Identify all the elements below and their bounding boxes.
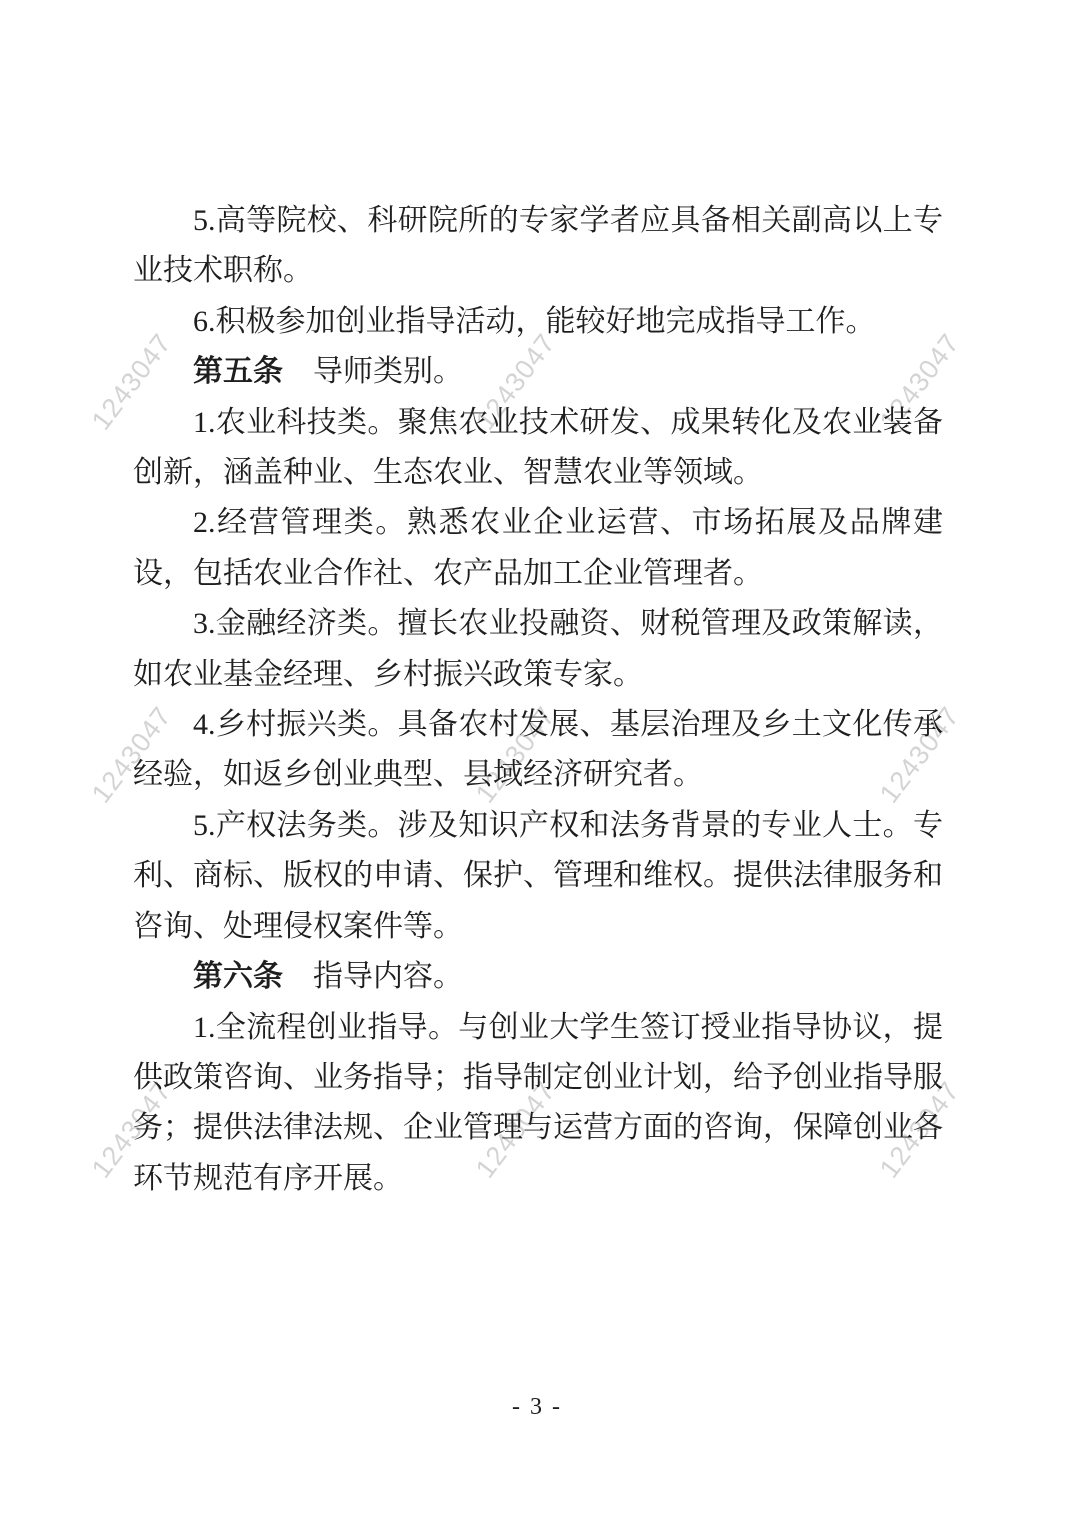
article-title: 指导内容。 — [283, 960, 463, 993]
article-number: 第五条 — [193, 355, 283, 388]
paragraph-category-5: 5.产权法务类。涉及知识产权和法务背景的专业人士。专利、商标、版权的申请、保护、… — [133, 801, 943, 952]
paragraph-text: 2.经营管理类。熟悉农业企业运营、市场拓展及品牌建设，包括农业合作社、农产品加工… — [133, 506, 943, 589]
article-heading-6: 第六条 指导内容。 — [133, 952, 943, 1002]
document-body: 5.高等院校、科研院所的专家学者应具备相关副高以上专业技术职称。 6.积极参加创… — [133, 196, 943, 1204]
page-number: - 3 - — [0, 1394, 1074, 1421]
article-title: 导师类别。 — [283, 355, 463, 388]
paragraph-text: 5.产权法务类。涉及知识产权和法务背景的专业人士。专利、商标、版权的申请、保护、… — [133, 809, 943, 943]
paragraph-category-2: 2.经营管理类。熟悉农业企业运营、市场拓展及品牌建设，包括农业合作社、农产品加工… — [133, 498, 943, 599]
paragraph-category-1: 1.农业科技类。聚焦农业技术研发、成果转化及农业装备创新，涵盖种业、生态农业、智… — [133, 398, 943, 499]
paragraph-item-5-qualification: 5.高等院校、科研院所的专家学者应具备相关副高以上专业技术职称。 — [133, 196, 943, 297]
article-number: 第六条 — [193, 960, 283, 993]
paragraph-text: 1.全流程创业指导。与创业大学生签订授业指导协议，提供政策咨询、业务指导；指导制… — [133, 1011, 943, 1195]
paragraph-text: 4.乡村振兴类。具备农村发展、基层治理及乡土文化传承经验，如返乡创业典型、县域经… — [133, 708, 943, 791]
paragraph-text: 5.高等院校、科研院所的专家学者应具备相关副高以上专业技术职称。 — [133, 204, 943, 287]
paragraph-content-1: 1.全流程创业指导。与创业大学生签订授业指导协议，提供政策咨询、业务指导；指导制… — [133, 1003, 943, 1205]
article-heading-5: 第五条 导师类别。 — [133, 347, 943, 397]
document-page: 1243047 1243047 1243047 1243047 1243047 … — [0, 0, 1074, 1520]
paragraph-item-6-qualification: 6.积极参加创业指导活动，能较好地完成指导工作。 — [133, 297, 943, 347]
paragraph-text: 3.金融经济类。擅长农业投融资、财税管理及政策解读，如农业基金经理、乡村振兴政策… — [133, 607, 943, 690]
paragraph-text: 1.农业科技类。聚焦农业技术研发、成果转化及农业装备创新，涵盖种业、生态农业、智… — [133, 406, 943, 489]
paragraph-category-3: 3.金融经济类。擅长农业投融资、财税管理及政策解读，如农业基金经理、乡村振兴政策… — [133, 599, 943, 700]
paragraph-category-4: 4.乡村振兴类。具备农村发展、基层治理及乡土文化传承经验，如返乡创业典型、县域经… — [133, 700, 943, 801]
paragraph-text: 6.积极参加创业指导活动，能较好地完成指导工作。 — [193, 305, 876, 338]
